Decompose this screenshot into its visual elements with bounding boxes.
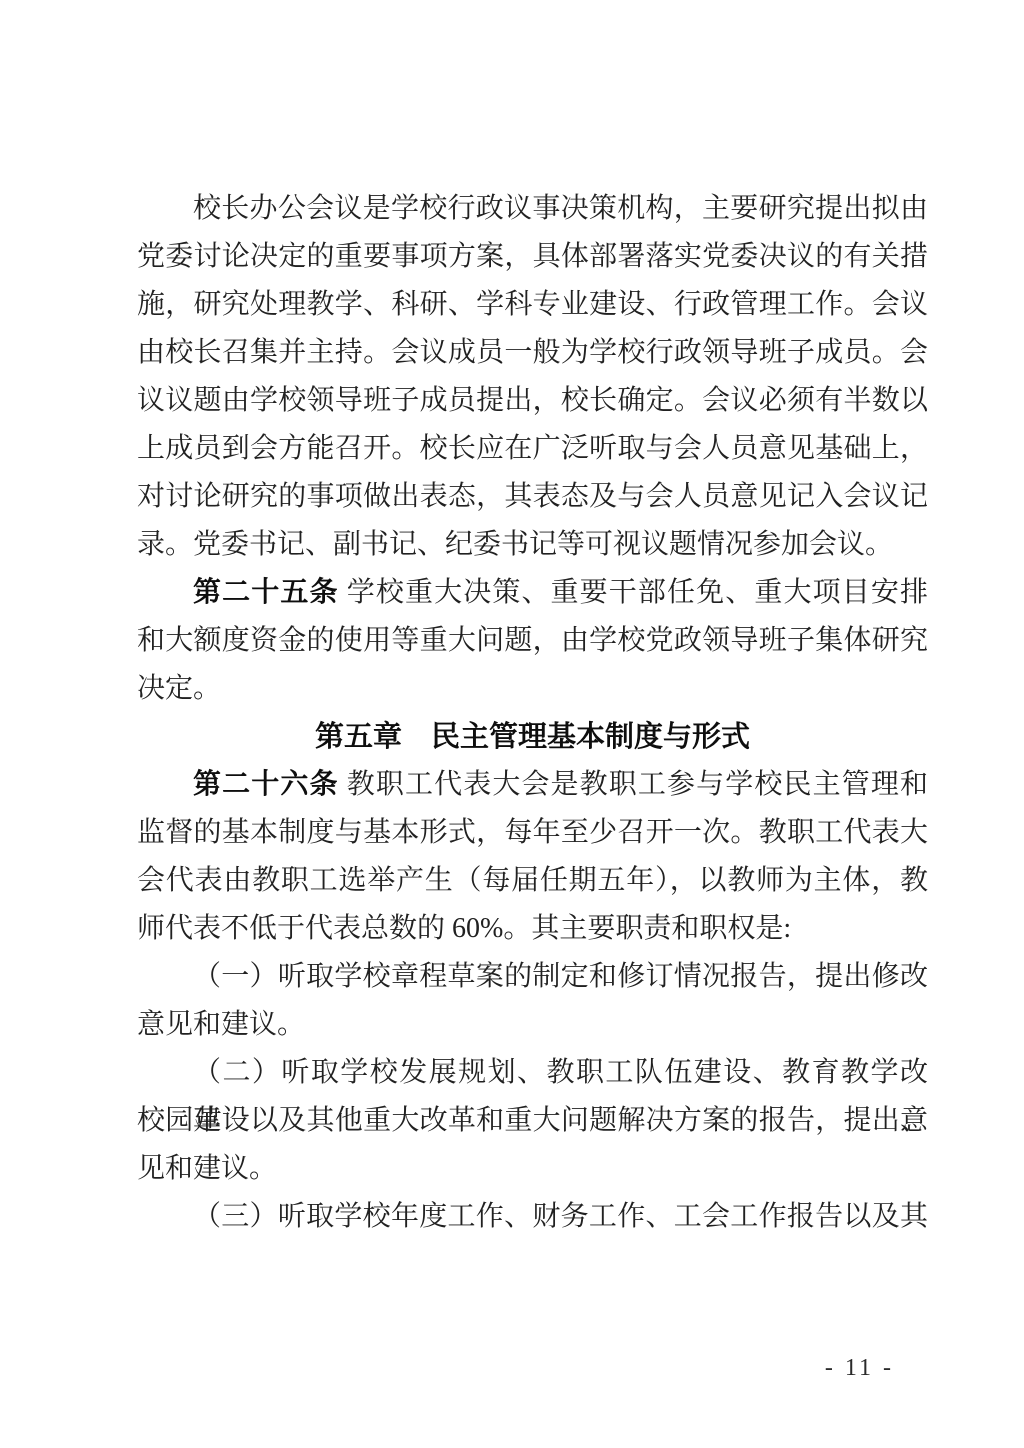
text-run: 会代表由教职工选举产生（每届任期五年），以教师为主体，教 bbox=[137, 865, 928, 896]
text-line: 意见和建议。 bbox=[137, 1001, 928, 1049]
text-run: 对讨论研究的事项做出表态，其表态及与会人员意见记入会议记 bbox=[137, 481, 928, 512]
text-line: 监督的基本制度与基本形式，每年至少召开一次。教职工代表大 bbox=[137, 809, 928, 857]
text-line: 决定。 bbox=[137, 665, 928, 713]
text-run: 监督的基本制度与基本形式，每年至少召开一次。教职工代表大 bbox=[137, 817, 928, 848]
bold-text-run: 第五章 民主管理基本制度与形式 bbox=[315, 721, 750, 753]
text-run: 师代表不低于代表总数的 60%。其主要职责和职权是: bbox=[137, 913, 791, 944]
text-run: 意见和建议。 bbox=[137, 1009, 305, 1040]
text-line: 和大额度资金的使用等重大问题，由学校党政领导班子集体研究 bbox=[137, 617, 928, 665]
bold-text-run: 第二十五条 bbox=[193, 577, 339, 608]
text-run: 见和建议。 bbox=[137, 1153, 277, 1184]
text-line: 会代表由教职工选举产生（每届任期五年），以教师为主体，教 bbox=[137, 857, 928, 905]
text-line: 校长办公会议是学校行政议事决策机构，主要研究提出拟由 bbox=[137, 185, 928, 233]
text-run: 校园建设以及其他重大改革和重大问题解决方案的报告，提出意 bbox=[137, 1105, 928, 1136]
bold-text-run: 第二十六条 bbox=[193, 769, 339, 800]
text-run: 施，研究处理教学、科研、学科专业建设、行政管理工作。会议 bbox=[137, 289, 928, 320]
text-line: 见和建议。 bbox=[137, 1145, 928, 1193]
text-line: （三）听取学校年度工作、财务工作、工会工作报告以及其 bbox=[137, 1193, 928, 1241]
text-line: 录。党委书记、副书记、纪委书记等可视议题情况参加会议。 bbox=[137, 521, 928, 569]
text-line: 党委讨论决定的重要事项方案，具体部署落实党委决议的有关措 bbox=[137, 233, 928, 281]
text-line: 由校长召集并主持。会议成员一般为学校行政领导班子成员。会 bbox=[137, 329, 928, 377]
text-run: 上成员到会方能召开。校长应在广泛听取与会人员意见基础上， bbox=[137, 433, 928, 464]
text-run: 党委讨论决定的重要事项方案，具体部署落实党委决议的有关措 bbox=[137, 241, 928, 272]
text-line: （一）听取学校章程草案的制定和修订情况报告，提出修改 bbox=[137, 953, 928, 1001]
text-line: 第二十五条 学校重大决策、重要干部任免、重大项目安排 bbox=[137, 569, 928, 617]
text-run: 决定。 bbox=[137, 673, 221, 704]
text-run: 教职工代表大会是教职工参与学校民主管理和 bbox=[339, 769, 928, 800]
text-run: 和大额度资金的使用等重大问题，由学校党政领导班子集体研究 bbox=[137, 625, 928, 656]
text-run: 议议题由学校领导班子成员提出，校长确定。会议必须有半数以 bbox=[137, 385, 928, 416]
text-run: （一）听取学校章程草案的制定和修订情况报告，提出修改 bbox=[193, 961, 928, 992]
text-line: 第二十六条 教职工代表大会是教职工参与学校民主管理和 bbox=[137, 761, 928, 809]
chapter-heading: 第五章 民主管理基本制度与形式 bbox=[137, 713, 928, 761]
text-run: 录。党委书记、副书记、纪委书记等可视议题情况参加会议。 bbox=[137, 529, 893, 560]
text-run: 由校长召集并主持。会议成员一般为学校行政领导班子成员。会 bbox=[137, 337, 928, 368]
page-number: - 11 - bbox=[825, 1352, 894, 1384]
text-line: 师代表不低于代表总数的 60%。其主要职责和职权是: bbox=[137, 905, 928, 953]
text-line: 上成员到会方能召开。校长应在广泛听取与会人员意见基础上， bbox=[137, 425, 928, 473]
text-run: 校长办公会议是学校行政议事决策机构，主要研究提出拟由 bbox=[193, 193, 928, 224]
text-line: 对讨论研究的事项做出表态，其表态及与会人员意见记入会议记 bbox=[137, 473, 928, 521]
text-line: 校园建设以及其他重大改革和重大问题解决方案的报告，提出意 bbox=[137, 1097, 928, 1145]
text-line: （二）听取学校发展规划、教职工队伍建设、教育教学改革、 bbox=[137, 1049, 928, 1097]
text-run: 学校重大决策、重要干部任免、重大项目安排 bbox=[339, 577, 928, 608]
text-run: （三）听取学校年度工作、财务工作、工会工作报告以及其 bbox=[193, 1201, 928, 1232]
document-body: 校长办公会议是学校行政议事决策机构，主要研究提出拟由党委讨论决定的重要事项方案，… bbox=[137, 185, 928, 1241]
text-line: 施，研究处理教学、科研、学科专业建设、行政管理工作。会议 bbox=[137, 281, 928, 329]
text-line: 议议题由学校领导班子成员提出，校长确定。会议必须有半数以 bbox=[137, 377, 928, 425]
